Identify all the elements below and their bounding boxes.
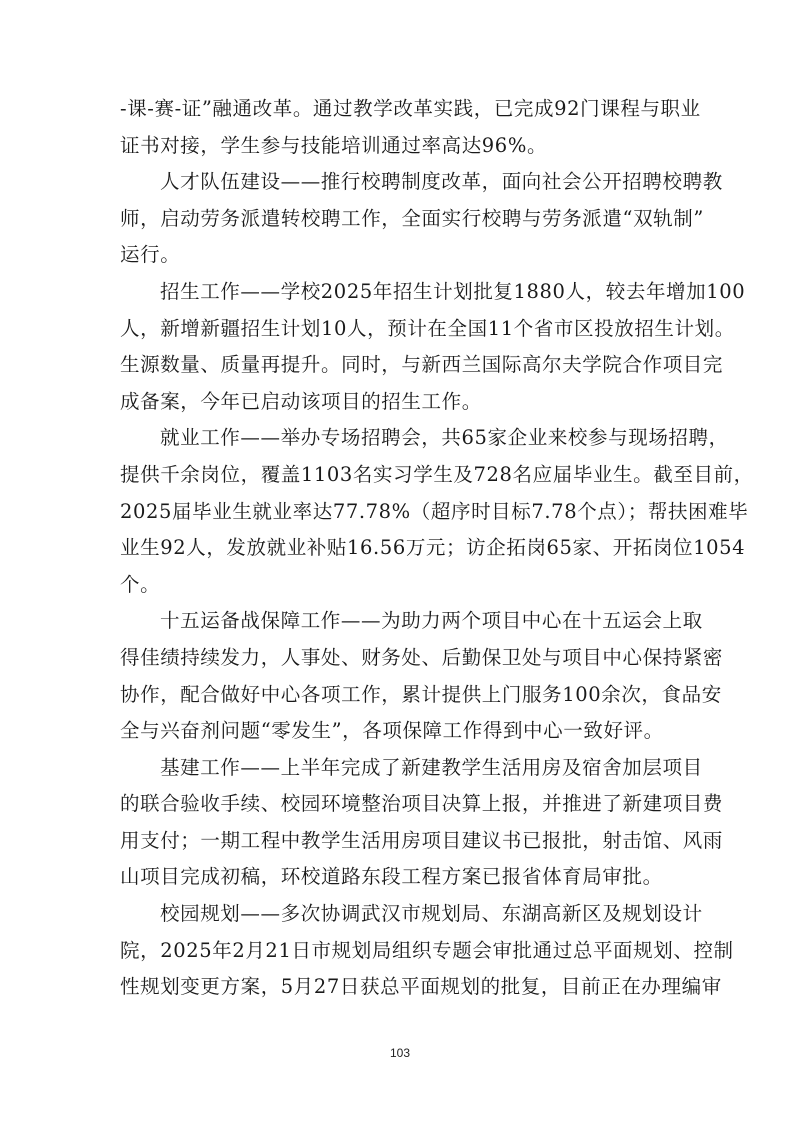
text-line: 性规划变更方案，5月27日获总平面规划的批复，目前正在办理编审 — [120, 969, 680, 1006]
text-line: 招生工作——学校2025年招生计划批复1880人，较去年增加100 — [120, 274, 680, 311]
paragraph-talent-team: 人才队伍建设——推行校聘制度改革，面向社会公开招聘校聘教 师，启动劳务派遣转校聘… — [120, 164, 680, 274]
text-line: 用支付；一期工程中教学生活用房项目建议书已报批，射击馆、风雨 — [120, 823, 680, 860]
text-line: 成备案，今年已启动该项目的招生工作。 — [120, 384, 680, 421]
text-line: 业生92人，发放就业补贴16.56万元；访企拓岗65家、开拓岗位1054 — [120, 530, 680, 567]
paragraph-campus-planning: 校园规划——多次协调武汉市规划局、东湖高新区及规划设计 院，2025年2月21日… — [120, 896, 680, 1006]
paragraph-construction: 基建工作——上半年完成了新建教学生活用房及宿舍加层项目 的联合验收手续、校园环境… — [120, 750, 680, 896]
text-line: 十五运备战保障工作——为助力两个项目中心在十五运会上取 — [120, 603, 680, 640]
text-line: 全与兴奋剂问题“零发生”，各项保障工作得到中心一致好评。 — [120, 713, 680, 750]
text-line: 个。 — [120, 567, 680, 604]
text-line: 人，新增新疆招生计划10人，预计在全国11个省市区投放招生计划。 — [120, 311, 680, 348]
paragraph-enrollment: 招生工作——学校2025年招生计划批复1880人，较去年增加100 人，新增新疆… — [120, 274, 680, 420]
text-line: 人才队伍建设——推行校聘制度改革，面向社会公开招聘校聘教 — [120, 164, 680, 201]
text-line: 协作，配合做好中心各项工作，累计提供上门服务100余次，食品安 — [120, 677, 680, 714]
text-line: 提供千余岗位，覆盖1103名实习学生及728名应届毕业生。截至目前， — [120, 457, 680, 494]
text-line: 师，启动劳务派遣转校聘工作，全面实行校聘与劳务派遣“双轨制” — [120, 201, 680, 238]
paragraph-employment: 就业工作——举办专场招聘会，共65家企业来校参与现场招聘， 提供千余岗位，覆盖1… — [120, 420, 680, 603]
text-line: 生源数量、质量再提升。同时，与新西兰国际高尔夫学院合作项目完 — [120, 347, 680, 384]
page-number: 103 — [0, 1046, 800, 1060]
body-text: -课-赛-证”融通改革。通过教学改革实践，已完成92门课程与职业 证书对接，学生… — [120, 91, 680, 1006]
text-line: 的联合验收手续、校园环境整治项目决算上报，并推进了新建项目费 — [120, 786, 680, 823]
text-line: 院，2025年2月21日市规划局组织专题会审批通过总平面规划、控制 — [120, 933, 680, 970]
text-line: 校园规划——多次协调武汉市规划局、东湖高新区及规划设计 — [120, 896, 680, 933]
text-line: 基建工作——上半年完成了新建教学生活用房及宿舍加层项目 — [120, 750, 680, 787]
paragraph-continuation: -课-赛-证”融通改革。通过教学改革实践，已完成92门课程与职业 证书对接，学生… — [120, 91, 680, 164]
text-line: 2025届毕业生就业率达77.78%（超序时目标7.78个点）；帮扶困难毕 — [120, 494, 680, 531]
text-line: 得佳绩持续发力，人事处、财务处、后勤保卫处与项目中心保持紧密 — [120, 640, 680, 677]
document-page: -课-赛-证”融通改革。通过教学改革实践，已完成92门课程与职业 证书对接，学生… — [0, 0, 800, 1131]
text-line: 证书对接，学生参与技能培训通过率高达96%。 — [120, 128, 680, 165]
text-line: 就业工作——举办专场招聘会，共65家企业来校参与现场招聘， — [120, 420, 680, 457]
paragraph-games-support: 十五运备战保障工作——为助力两个项目中心在十五运会上取 得佳绩持续发力，人事处、… — [120, 603, 680, 749]
text-line: -课-赛-证”融通改革。通过教学改革实践，已完成92门课程与职业 — [120, 91, 680, 128]
text-line: 山项目完成初稿，环校道路东段工程方案已报省体育局审批。 — [120, 859, 680, 896]
text-line: 运行。 — [120, 237, 680, 274]
